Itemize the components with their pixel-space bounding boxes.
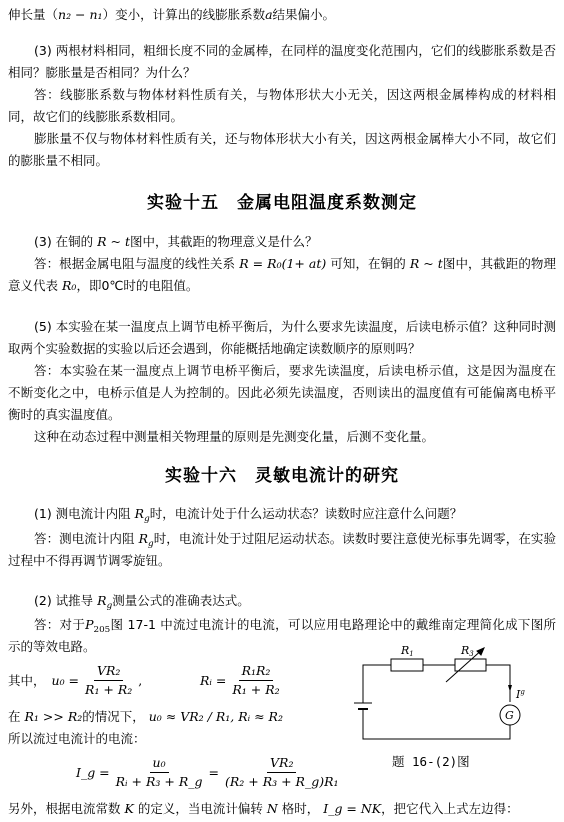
math: I_g = NK (323, 801, 381, 816)
q3-answer-2: 膨胀量不仅与物体材料性质有关，还与物体形状大小有关，因这两根金属棒大小不同，故它… (8, 128, 556, 172)
math-a: a (265, 7, 272, 22)
math-r-t: R ~ t (97, 234, 130, 249)
s16-q2-question: (2) 试推导 Rg测量公式的准确表达式。 (34, 592, 250, 609)
math-r0: R₀ (62, 278, 76, 293)
text: 另外，根据电流常数 (8, 801, 121, 816)
s15-q5-answer-2: 这种在动态过程中测量相关物理量的原则是先测变化量，后测不变化量。 (8, 426, 556, 448)
text: (1) 测电流计内阻 (34, 506, 131, 521)
math-n: N (267, 801, 278, 816)
text: 答：测电流计内阻 (34, 531, 135, 546)
text: 格时， (282, 801, 320, 816)
equation-u0: 其中， u₀ = VR₂R₁ + R₂, (8, 658, 142, 702)
text: 其中， (8, 671, 46, 689)
fraction: VR₂R₁ + R₂ (82, 663, 135, 698)
svg-text:G: G (505, 709, 514, 722)
equation-ig: I_g = u₀Rᵢ + R₃ + R_g = VR₂(R₂ + R₃ + R_… (76, 750, 345, 794)
s15-q5-question: (5) 本实验在某一温度点上调节电桥平衡后，为什么要求先读温度，后读电桥示值？这… (8, 316, 556, 360)
fraction: u₀Rᵢ + R₃ + R_g (113, 755, 206, 790)
text: ，把它代入上式左边得： (381, 801, 519, 816)
q3-question: (3) 两根材料相同，粗细长度不同的金属棒，在同样的温度变化范围内，它们的线膨胀… (8, 40, 556, 84)
text: 结果偏小。 (273, 7, 336, 22)
text: (3) 在铜的 (34, 234, 93, 249)
text: 测量公式的准确表达式。 (112, 593, 250, 608)
math-lhs: I_g = (76, 765, 110, 780)
math: u₀ ≈ VR₂ / R₁, Rᵢ ≈ R₂ (149, 709, 283, 724)
text: ）变小，计算出的线膨胀系数 (103, 7, 266, 22)
text: 答：对于 (34, 617, 85, 632)
q3-answer-1: 答：线膨胀系数与物体材料性质有关，与物体形状大小无关，因这两根金属棒构成的材料相… (8, 84, 556, 128)
s15-q3-answer: 答：根据金属电阻与温度的线性关系 R = R₀(1+ at) 可知，在铜的 R … (8, 253, 556, 297)
text: 在 (8, 709, 21, 724)
text: 伸长量（ (8, 7, 58, 22)
text: 的定义，当电流计偏转 (138, 801, 263, 816)
section-16-title: 实验十六 灵敏电流计的研究 (0, 461, 564, 486)
math-r-t: R ~ t (410, 256, 443, 271)
fraction: VR₂(R₂ + R₃ + R_g)R₁ (222, 755, 342, 790)
equation-ri: Rᵢ = R₁R₂R₁ + R₂ (200, 658, 286, 702)
s15-q5-answer-1: 答：本实验在某一温度点上调节电桥平衡后，要求先读温度，后读电桥示值，这是因为温度… (8, 360, 556, 426)
s16-q1-question: (1) 测电流计内阻 Rg时，电流计处于什么运动状态？读数时应注意什么问题？ (34, 505, 462, 522)
text: 图中，其截距的物理意义是什么？ (130, 234, 318, 249)
current-label: 所以流过电流计的电流： (8, 730, 146, 747)
s16-q1-answer: 答：测电流计内阻 Rg时，电流计处于过阻尼运动状态。读数时要注意使光标事先调零，… (8, 528, 556, 572)
svg-text:R1: R1 (400, 644, 414, 658)
figure-caption: 题 16-(2)图 (392, 752, 470, 770)
circuit-diagram: R1 R3 Ig G (340, 640, 540, 750)
math-lhs: Rᵢ = (200, 673, 226, 688)
math-rg: Rg (139, 531, 154, 546)
fraction: R₁R₂R₁ + R₂ (229, 663, 282, 698)
text: 可知，在铜的 (330, 256, 405, 271)
text: ，即0℃时的电阻值。 (76, 278, 198, 293)
intro-line: 伸长量（n₂ − n₁）变小，计算出的线膨胀系数a结果偏小。 (8, 6, 335, 23)
section-15-title: 实验十五 金属电阻温度系数测定 (0, 188, 564, 213)
condition-line: 在 R₁ >> R₂的情况下， u₀ ≈ VR₂ / R₁, Rᵢ ≈ R₂ (8, 708, 283, 725)
svg-text:R3: R3 (460, 644, 474, 658)
text: 时，电流计处于什么运动状态？读数时应注意什么问题？ (150, 506, 463, 521)
math-n2-n1: n₂ − n₁ (58, 7, 103, 22)
text: (2) 试推导 (34, 593, 93, 608)
resistor-r1 (391, 659, 423, 671)
math-rg: Rg (97, 593, 112, 608)
math-rg: Rg (135, 506, 150, 521)
math: R₁ >> R₂ (25, 709, 83, 724)
text: 图 17-1 (110, 617, 156, 632)
s15-q3-question: (3) 在铜的 R ~ t图中，其截距的物理意义是什么？ (34, 233, 318, 250)
svg-text:Ig: Ig (515, 688, 525, 701)
text: 的情况下， (82, 709, 145, 724)
math-formula: R = R₀(1+ at) (239, 256, 326, 271)
text: 答：根据金属电阻与温度的线性关系 (34, 256, 235, 271)
math-lhs: u₀ = (52, 673, 80, 688)
final-line: 另外，根据电流常数 K 的定义，当电流计偏转 N 格时， I_g = NK，把它… (8, 800, 519, 817)
math-p205: P205 (85, 617, 110, 632)
math-k: K (125, 801, 134, 816)
